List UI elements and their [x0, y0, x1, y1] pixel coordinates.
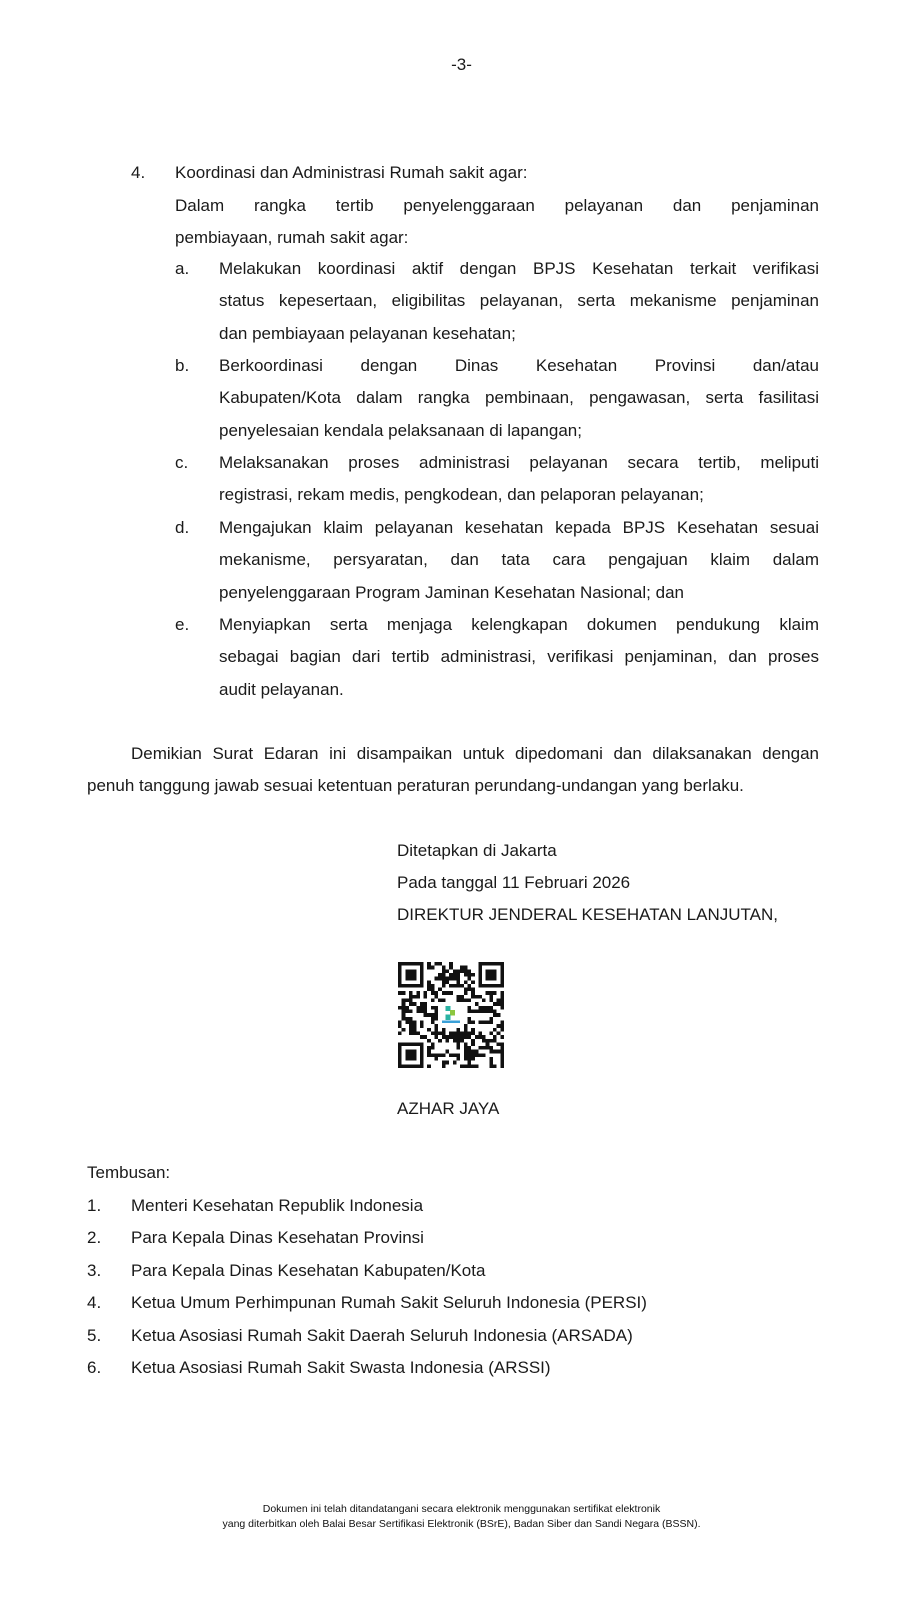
signature-date: Pada tanggal 11 Februari 2026	[397, 873, 630, 893]
item-text-line: sebagai bagian dari tertib administrasi,…	[219, 647, 819, 667]
signatory-name: AZHAR JAYA	[397, 1099, 499, 1119]
page-number: -3-	[0, 55, 923, 75]
item-text-line: penyelenggaraan Program Jaminan Kesehata…	[219, 583, 684, 603]
tembusan-number: 5.	[87, 1326, 101, 1346]
item-text-line: Mengajukan klaim pelayanan kesehatan kep…	[219, 518, 819, 538]
section-number: 4.	[131, 163, 145, 183]
item-label: b.	[175, 356, 189, 376]
item-label: a.	[175, 259, 189, 279]
tembusan-item: Para Kepala Dinas Kesehatan Provinsi	[131, 1228, 424, 1248]
item-text-line: dan pembiayaan pelayanan kesehatan;	[219, 324, 516, 344]
item-text-line: mekanisme, persyaratan, dan tata cara pe…	[219, 550, 819, 570]
footer-note: yang diterbitkan oleh Balai Besar Sertif…	[0, 1518, 923, 1530]
tembusan-number: 1.	[87, 1196, 101, 1216]
item-text-line: penyelesaian kendala pelaksanaan di lapa…	[219, 421, 582, 441]
item-text-line: Kabupaten/Kota dalam rangka pembinaan, p…	[219, 388, 819, 408]
item-text-line: Melakukan koordinasi aktif dengan BPJS K…	[219, 259, 819, 279]
item-label: e.	[175, 615, 189, 635]
signature-position: DIREKTUR JENDERAL KESEHATAN LANJUTAN,	[397, 905, 778, 925]
footer-note: Dokumen ini telah ditandatangani secara …	[0, 1503, 923, 1515]
qr-code-icon[interactable]	[398, 962, 504, 1068]
section-intro-line: Dalam rangka tertib penyelenggaraan pela…	[175, 196, 819, 216]
tembusan-number: 3.	[87, 1261, 101, 1281]
tembusan-item: Para Kepala Dinas Kesehatan Kabupaten/Ko…	[131, 1261, 485, 1281]
tembusan-item: Ketua Asosiasi Rumah Sakit Swasta Indone…	[131, 1358, 551, 1378]
item-label: c.	[175, 453, 188, 473]
signature-place: Ditetapkan di Jakarta	[397, 841, 557, 861]
item-text-line: audit pelayanan.	[219, 680, 344, 700]
tembusan-item: Ketua Asosiasi Rumah Sakit Daerah Seluru…	[131, 1326, 633, 1346]
item-text-line: Menyiapkan serta menjaga kelengkapan dok…	[219, 615, 819, 635]
item-label: d.	[175, 518, 189, 538]
item-text-line: status kepesertaan, eligibilitas pelayan…	[219, 291, 819, 311]
tembusan-number: 6.	[87, 1358, 101, 1378]
closing-paragraph: Demikian Surat Edaran ini disampaikan un…	[131, 744, 819, 764]
section-intro-line: pembiayaan, rumah sakit agar:	[175, 228, 408, 248]
tembusan-item: Menteri Kesehatan Republik Indonesia	[131, 1196, 423, 1216]
section-heading: Koordinasi dan Administrasi Rumah sakit …	[175, 163, 527, 183]
tembusan-title: Tembusan:	[87, 1163, 170, 1183]
item-text-line: registrasi, rekam medis, pengkodean, dan…	[219, 485, 704, 505]
tembusan-number: 4.	[87, 1293, 101, 1313]
tembusan-number: 2.	[87, 1228, 101, 1248]
item-text-line: Berkoordinasi dengan Dinas Kesehatan Pro…	[219, 356, 819, 376]
tembusan-item: Ketua Umum Perhimpunan Rumah Sakit Selur…	[131, 1293, 647, 1313]
closing-paragraph: penuh tanggung jawab sesuai ketentuan pe…	[87, 776, 744, 796]
item-text-line: Melaksanakan proses administrasi pelayan…	[219, 453, 819, 473]
